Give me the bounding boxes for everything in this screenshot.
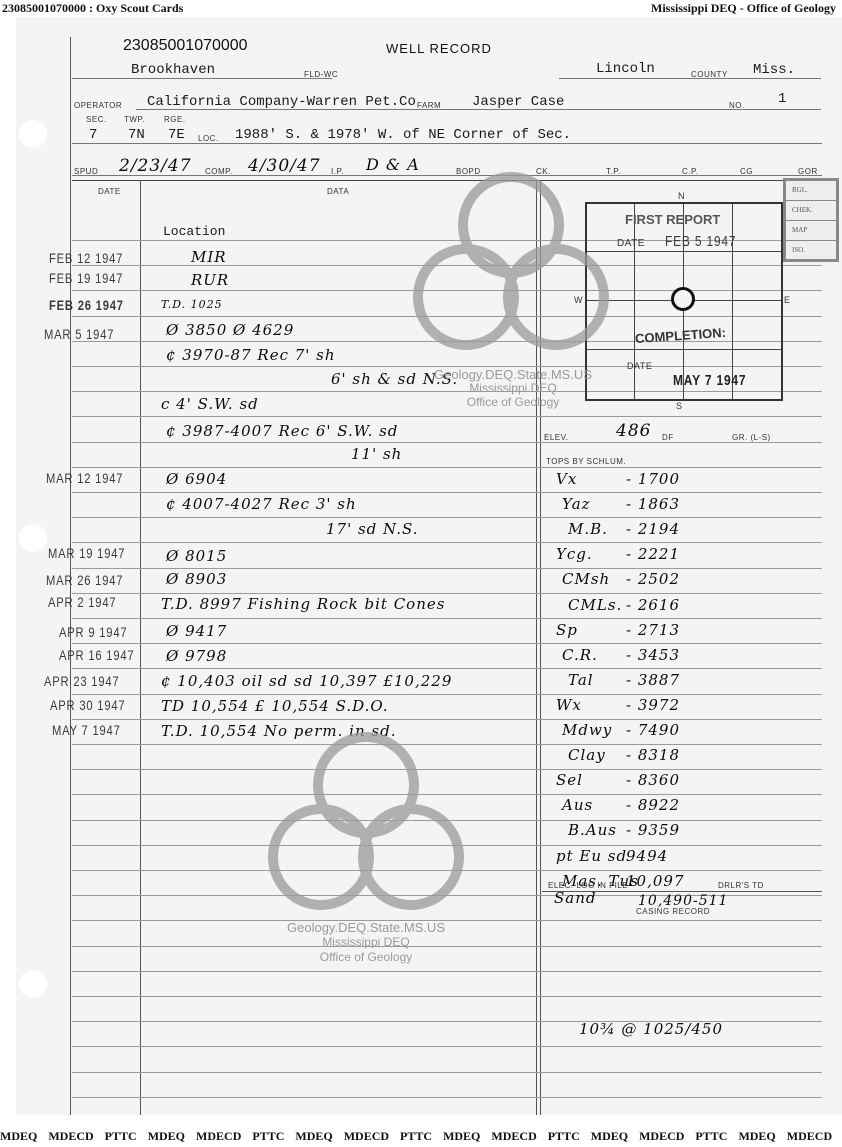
- sand-note-name: Sand: [554, 889, 596, 907]
- log-data: ¢ 3970-87 Rec 7' sh: [166, 346, 336, 364]
- api-number: 23085001070000: [123, 37, 248, 55]
- log-data: ¢ 4007-4027 Rec 3' sh: [166, 495, 357, 513]
- sec-label: SEC.: [86, 115, 107, 124]
- document-header: 23085001070000 : Oxy Scout Cards Mississ…: [0, 0, 842, 16]
- log-date: APR 9 1947: [59, 624, 127, 640]
- log-date: APR 30 1947: [50, 697, 125, 713]
- formation-top-depth: - 1863: [626, 495, 680, 513]
- loc-label: LOC.: [198, 134, 219, 143]
- formation-top-depth: - 8922: [626, 796, 680, 814]
- log-date: APR 16 1947: [59, 647, 134, 663]
- footer-token: PTTC: [400, 1129, 432, 1143]
- comp-value: 4/30/47: [248, 156, 321, 176]
- formation-top-name: CMsh: [562, 570, 610, 588]
- state-value: Miss.: [753, 62, 795, 78]
- formation-top-depth: - 8318: [626, 746, 680, 764]
- completion-label: COMPLETION:: [635, 325, 727, 346]
- routing-item: RGL.: [786, 181, 836, 201]
- log-data: 17' sd N.S.: [326, 520, 419, 538]
- log-date: FEB 12 1947: [49, 250, 123, 266]
- log-data: c 4' S.W. sd: [161, 395, 259, 413]
- well-no-value: 1: [778, 91, 786, 107]
- drillers-td-label: DRLR'S TD: [718, 881, 764, 890]
- mdeq-logo-watermark-icon: [266, 727, 466, 927]
- routing-item: CHEK.: [786, 201, 836, 221]
- formation-top-name: Yaz: [562, 495, 591, 513]
- elev-df-label: DF: [662, 433, 674, 442]
- data-column-header: DATA: [327, 187, 349, 196]
- form-title: WELL RECORD: [386, 41, 492, 56]
- operator-label: OPERATOR: [74, 101, 122, 110]
- log-data: Ø 3850 Ø 4629: [166, 321, 294, 339]
- log-date: MAR 12 1947: [46, 470, 123, 486]
- watermark-office: Office of Geology: [246, 950, 486, 964]
- log-data: ¢ 10,403 oil sd sd 10,397 £10,229: [161, 672, 452, 690]
- formation-top-depth: - 1700: [626, 470, 680, 488]
- log-data: Ø 6904: [166, 470, 227, 488]
- footer-watermark-strip: MDEQMDECDPTTCMDEQMDECDPTTCMDEQMDECDPTTCM…: [0, 1129, 842, 1147]
- footer-token: MDEQ: [0, 1129, 37, 1143]
- twp-value: 7N: [128, 127, 145, 143]
- footer-token: PTTC: [105, 1129, 137, 1143]
- formation-top-name: Wx: [556, 696, 582, 714]
- formation-top-depth: - 3453: [626, 646, 680, 664]
- log-date: APR 23 1947: [44, 673, 119, 689]
- field-value: Brookhaven: [131, 62, 215, 78]
- log-data: ¢ 3987-4007 Rec 6' S.W. sd: [166, 422, 398, 440]
- watermark-url: Geology.DEQ.State.MS.US: [393, 367, 633, 382]
- first-report-date-label: DATE: [617, 238, 645, 249]
- west-label: W: [574, 295, 583, 305]
- footer-token: MDECD: [48, 1129, 93, 1143]
- formation-top-depth: - 2502: [626, 570, 680, 588]
- formation-top-depth: - 7490: [626, 721, 680, 739]
- casing-record-label: CASING RECORD: [636, 907, 710, 916]
- elev-label: ELEV.: [544, 433, 568, 442]
- formation-top-name: Mdwy: [562, 721, 612, 739]
- south-label: S: [676, 401, 683, 411]
- formation-top-depth: - 2713: [626, 621, 680, 639]
- rge-value: 7E: [168, 127, 185, 143]
- log-data: T.D. 8997 Fishing Rock bit Cones: [161, 595, 445, 613]
- formation-top-depth: - 8360: [626, 771, 680, 789]
- routing-item: MAP: [786, 221, 836, 241]
- formation-top-depth: 10,097: [626, 872, 685, 890]
- watermark-office: Office of Geology: [393, 395, 633, 409]
- log-data: T.D. 1025: [161, 298, 223, 311]
- formation-top-depth: - 3972: [626, 696, 680, 714]
- loc-value: 1988' S. & 1978' W. of NE Corner of Sec.: [235, 127, 571, 143]
- agency-title: Mississippi DEQ - Office of Geology: [651, 0, 836, 16]
- punch-hole-icon: [19, 970, 47, 998]
- formation-top-name: C.R.: [562, 646, 598, 664]
- mdeq-logo-watermark-icon: [411, 167, 611, 367]
- footer-token: MDECD: [196, 1129, 241, 1143]
- footer-token: PTTC: [252, 1129, 284, 1143]
- footer-token: MDECD: [344, 1129, 389, 1143]
- formation-top-depth: - 2194: [626, 520, 680, 538]
- log-data: Ø 9417: [166, 622, 227, 640]
- document-id-title: 23085001070000 : Oxy Scout Cards: [2, 0, 183, 16]
- rge-label: RGE.: [164, 115, 186, 124]
- footer-token: MDEQ: [591, 1129, 628, 1143]
- formation-top-name: pt Eu sd: [556, 847, 627, 865]
- formation-top-name: Sel: [556, 771, 583, 789]
- log-date: FEB 19 1947: [49, 270, 123, 286]
- casing-entry: 10¾ @ 1025/450: [579, 1020, 723, 1038]
- log-data: Ø 9798: [166, 647, 227, 665]
- elev-value: 486: [616, 421, 651, 441]
- first-report-label: FIRST REPORT: [625, 212, 720, 227]
- log-data: RUR: [191, 271, 229, 289]
- footer-token: MDEQ: [443, 1129, 480, 1143]
- twp-label: TWP.: [124, 115, 145, 124]
- well-location-icon: [671, 287, 695, 311]
- log-data: TD 10,554 £ 10,554 S.D.O.: [161, 697, 389, 715]
- routing-stamp-box: RGL. CHEK. MAP ISO.: [783, 178, 839, 262]
- formation-top-depth: - 3887: [626, 671, 680, 689]
- log-data: Ø 8015: [166, 547, 227, 565]
- log-date: MAR 19 1947: [48, 545, 125, 561]
- ip-value: D & A: [366, 155, 420, 174]
- sec-value: 7: [89, 127, 97, 143]
- operator-value: California Company-Warren Pet.Co: [147, 94, 416, 110]
- footer-token: PTTC: [695, 1129, 727, 1143]
- formation-top-name: Tal: [568, 671, 594, 689]
- footer-token: MDEQ: [738, 1129, 775, 1143]
- watermark-agency: Mississippi DEQ: [393, 381, 633, 395]
- formation-top-name: Aus: [562, 796, 593, 814]
- north-label: N: [678, 191, 685, 201]
- log-date: MAY 7 1947: [52, 722, 121, 738]
- log-date: APR 2 1947: [48, 594, 116, 610]
- log-date: MAR 5 1947: [44, 326, 114, 342]
- formation-top-name: Vx: [556, 470, 577, 488]
- formation-top-name: Sp: [556, 621, 578, 639]
- date-column-header: DATE: [98, 187, 121, 196]
- log-data: MIR: [191, 248, 227, 266]
- first-report-date: FEB 5 1947: [665, 233, 736, 250]
- footer-token: MDEQ: [148, 1129, 185, 1143]
- log-data: 11' sh: [351, 445, 402, 463]
- formation-top-depth: - 9359: [626, 821, 680, 839]
- formation-top-depth: - 2616: [626, 596, 680, 614]
- formation-top-depth: - 2221: [626, 545, 680, 563]
- log-data: Location: [163, 224, 225, 239]
- footer-token: MDECD: [639, 1129, 684, 1143]
- log-date: MAR 26 1947: [46, 572, 123, 588]
- formation-top-name: CMLs.: [568, 596, 622, 614]
- formation-top-name: B.Aus: [568, 821, 617, 839]
- county-value: Lincoln: [596, 61, 655, 77]
- footer-token: MDEQ: [295, 1129, 332, 1143]
- farm-value: Jasper Case: [472, 94, 564, 110]
- elev-gr-label: GR. (L-S): [732, 433, 771, 442]
- spud-value: 2/23/47: [119, 156, 192, 176]
- footer-token: MDECD: [787, 1129, 832, 1143]
- east-label: E: [784, 295, 791, 305]
- footer-token: MDECD: [491, 1129, 536, 1143]
- formation-top-name: Ycg.: [556, 545, 593, 563]
- formation-top-name: M.B.: [568, 520, 608, 538]
- log-data: T.D. 10,554 No perm. in sd.: [161, 722, 396, 740]
- footer-token: PTTC: [548, 1129, 580, 1143]
- watermark-url: Geology.DEQ.State.MS.US: [246, 920, 486, 935]
- log-data: Ø 8903: [166, 570, 227, 588]
- well-record-card: 23085001070000 WELL RECORD Brookhaven FL…: [16, 17, 842, 1115]
- formation-top-name: Clay: [568, 746, 606, 764]
- punch-hole-icon: [19, 120, 47, 148]
- watermark-agency: Mississippi DEQ: [246, 935, 486, 949]
- log-date: FEB 26 1947: [49, 297, 124, 313]
- formation-top-depth: 9494: [626, 847, 668, 865]
- punch-hole-icon: [19, 524, 47, 552]
- completion-date: MAY 7 1947: [673, 372, 746, 389]
- tops-label: TOPS BY SCHLUM.: [546, 457, 626, 466]
- routing-item: ISO.: [786, 241, 836, 260]
